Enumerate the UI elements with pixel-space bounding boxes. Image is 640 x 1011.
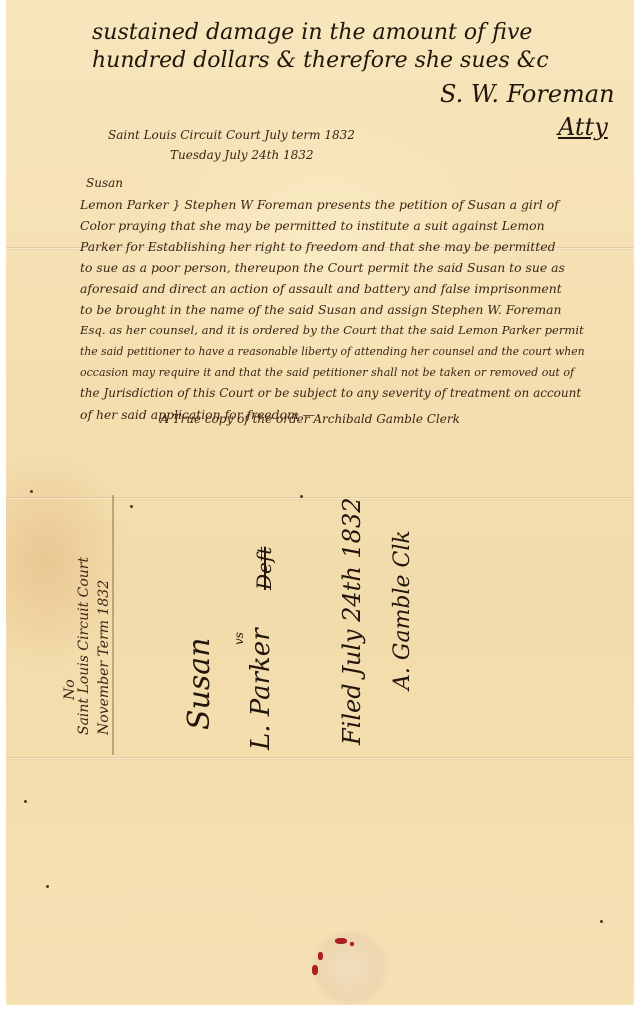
fold-line	[6, 497, 634, 500]
order-line: Color praying that she may be permitted …	[80, 215, 628, 236]
order-line: occasion may require it and that the sai…	[80, 362, 628, 383]
seal-residue	[318, 952, 323, 960]
attorney-title: Atty	[558, 113, 608, 141]
paper-speck	[24, 800, 27, 803]
paper-speck	[130, 505, 133, 508]
paper-speck	[300, 495, 303, 498]
opening-line-1: sustained damage in the amount of five	[92, 20, 532, 45]
order-body: Lemon Parker } Stephen W Foreman present…	[80, 194, 628, 425]
clerk-attestation: A True copy of the order Archibald Gambl…	[160, 412, 460, 426]
court-date: Tuesday July 24th 1832	[170, 148, 314, 162]
paper-speck	[46, 885, 49, 888]
order-line: Esq. as her counsel, and it is ordered b…	[80, 320, 628, 341]
docket-defendant: L. Parker	[246, 628, 276, 750]
docket-court: Saint Louis Circuit Court	[76, 557, 92, 735]
document-page	[6, 0, 634, 1005]
order-line: the Jurisdiction of this Court or be sub…	[80, 383, 628, 404]
docket-filed: Filed July 24th 1832	[338, 498, 366, 746]
order-line: Lemon Parker } Stephen W Foreman present…	[80, 194, 628, 215]
seal-residue	[312, 965, 318, 975]
docket-clerk: A. Gamble Clk	[390, 530, 415, 690]
paper-speck	[30, 490, 33, 493]
order-line: to sue as a poor person, thereupon the C…	[80, 257, 628, 278]
caption-defendant: Lemon Parker	[80, 197, 169, 212]
seal-residue	[335, 938, 347, 944]
order-line: Parker for Establishing her right to fre…	[80, 236, 628, 257]
wax-seal	[310, 930, 390, 1005]
order-line: aforesaid and direct an action of assaul…	[80, 278, 628, 299]
docket-rule	[112, 495, 114, 755]
opening-line-2: hundred dollars & therefore she sues &c	[92, 48, 549, 73]
seal-residue	[350, 942, 354, 946]
docket-plaintiff: Susan	[182, 638, 217, 730]
attorney-signature: S. W. Foreman	[440, 80, 615, 108]
court-heading: Saint Louis Circuit Court July term 1832	[108, 128, 355, 142]
order-line-text: Stephen W Foreman presents the petition …	[184, 197, 558, 212]
fold-line	[6, 757, 634, 760]
caption-plaintiff: Susan	[86, 176, 123, 190]
docket-term: November Term 1832	[96, 580, 112, 735]
docket-struck-text: Deft	[252, 547, 276, 590]
docket-vs: vs	[232, 632, 246, 645]
paper-speck	[600, 920, 603, 923]
order-line: to be brought in the name of the said Su…	[80, 299, 628, 320]
order-line: the said petitioner to have a reasonable…	[80, 341, 628, 362]
